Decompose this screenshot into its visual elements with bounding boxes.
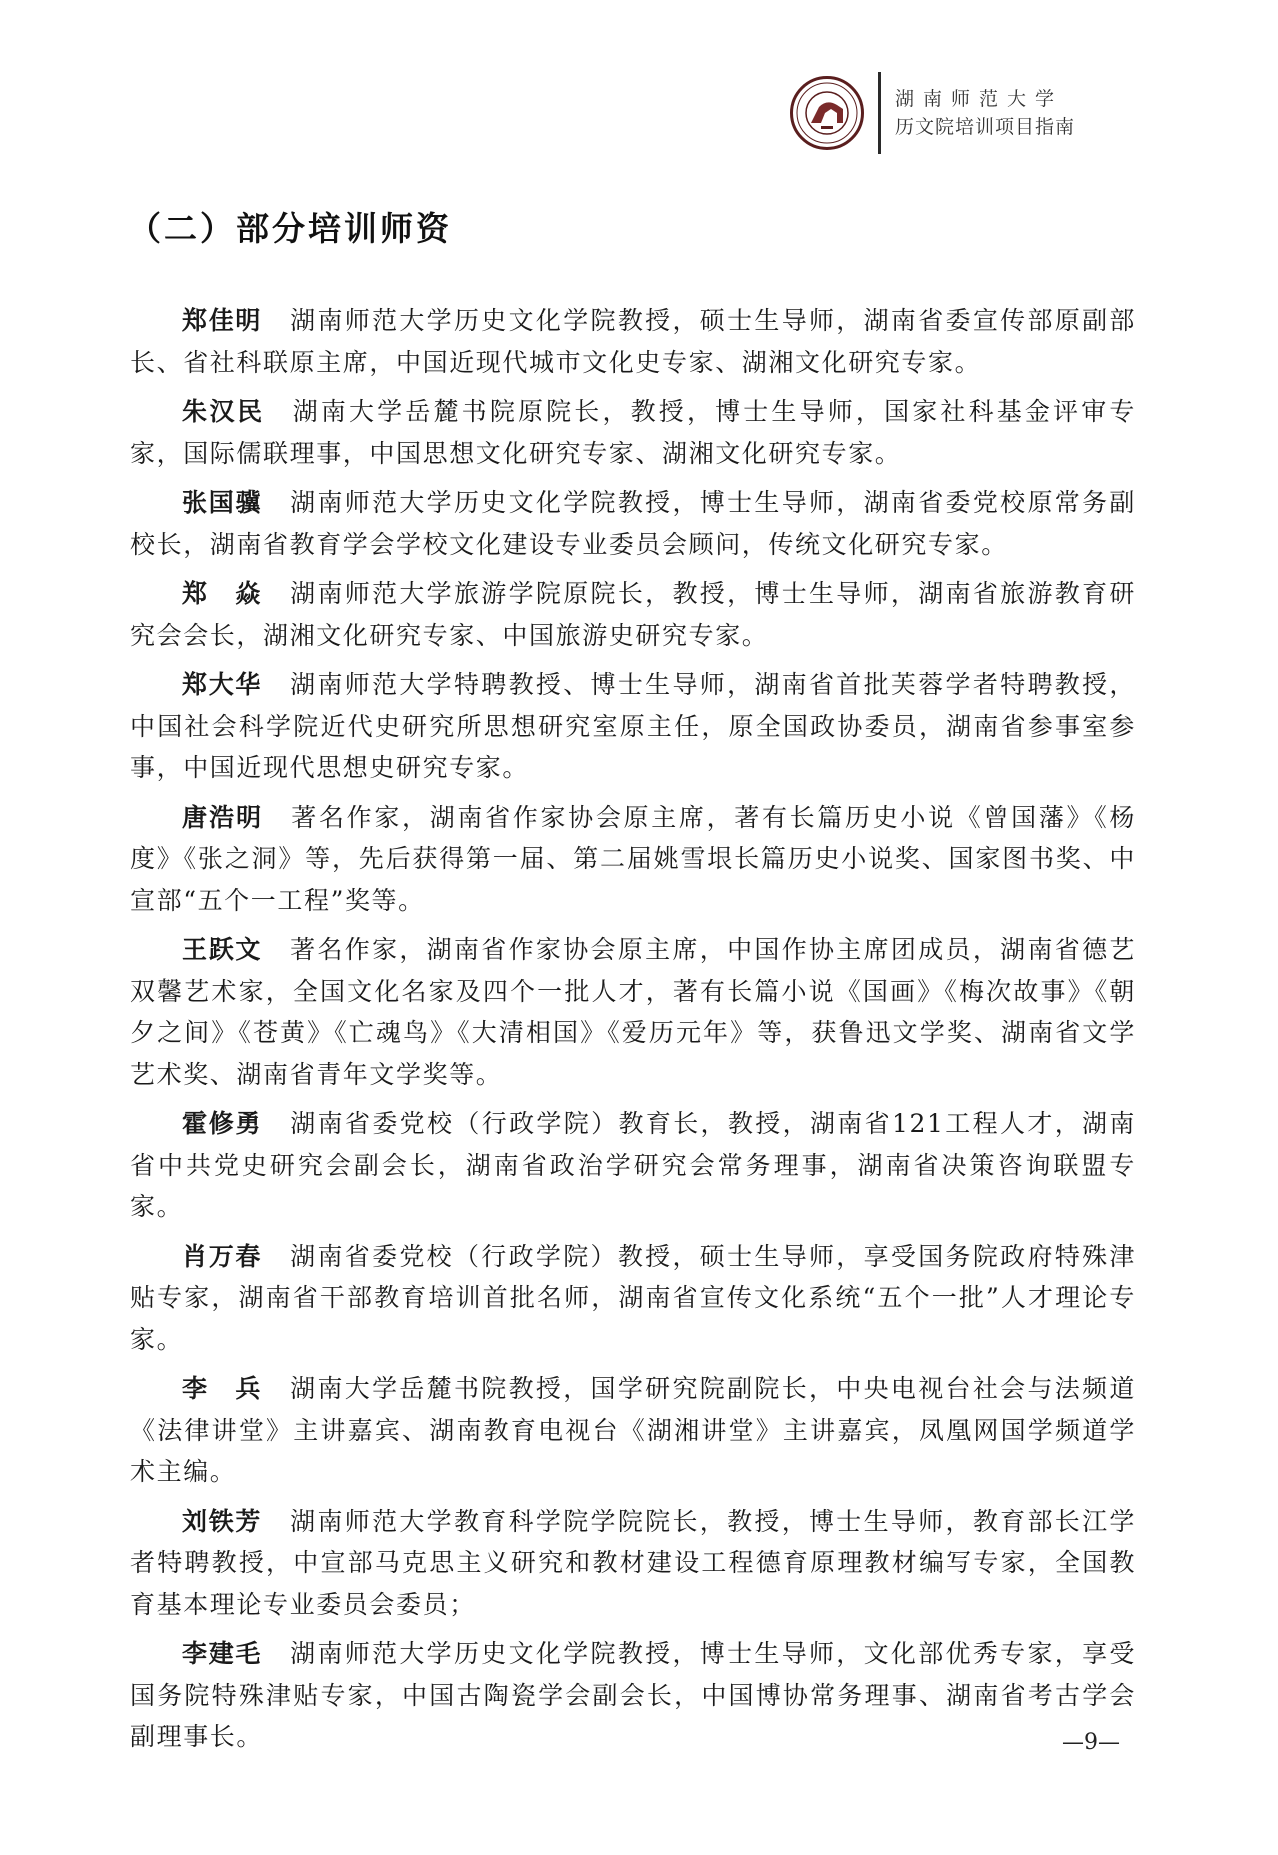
faculty-entry: 刘铁芳湖南师范大学教育科学院学院院长，教授，博士生导师，教育部长江学者特聘教授，… <box>130 1501 1136 1626</box>
page-number: —9— <box>1062 1730 1120 1755</box>
faculty-entry: 李建毛湖南师范大学历史文化学院教授，博士生导师，文化部优秀专家，享受国务院特殊津… <box>130 1633 1136 1758</box>
faculty-entry: 郑 焱湖南师范大学旅游学院原院长，教授，博士生导师，湖南省旅游教育研究会会长，湖… <box>130 573 1136 656</box>
faculty-entry: 唐浩明著名作家，湖南省作家协会原主席，著有长篇历史小说《曾国藩》《杨度》《张之洞… <box>130 797 1136 922</box>
university-name: 湖南师范大学 <box>895 85 1075 113</box>
faculty-description: 湖南师范大学特聘教授、博士生导师，湖南省首批芙蓉学者特聘教授，中国社会科学院近代… <box>130 670 1136 782</box>
faculty-description: 湖南省委党校（行政学院）教授，硕士生导师，享受国务院政府特殊津贴专家，湖南省干部… <box>130 1242 1136 1354</box>
faculty-list: 郑佳明湖南师范大学历史文化学院教授，硕士生导师，湖南省委宣传部原副部长、省社科联… <box>130 300 1136 1766</box>
faculty-name: 刘铁芳 <box>182 1507 262 1536</box>
faculty-entry: 郑大华湖南师范大学特聘教授、博士生导师，湖南省首批芙蓉学者特聘教授，中国社会科学… <box>130 664 1136 789</box>
faculty-name: 李 兵 <box>182 1374 262 1403</box>
faculty-name: 肖万春 <box>182 1242 262 1271</box>
faculty-name: 郑佳明 <box>182 306 262 335</box>
faculty-description: 湖南省委党校（行政学院）教育长，教授，湖南省121工程人才，湖南省中共党史研究会… <box>130 1109 1136 1221</box>
faculty-entry: 霍修勇湖南省委党校（行政学院）教育长，教授，湖南省121工程人才，湖南省中共党史… <box>130 1103 1136 1228</box>
faculty-name: 唐浩明 <box>182 803 263 832</box>
faculty-name: 朱汉民 <box>182 397 265 426</box>
document-header: 湖南师范大学 历文院培训项目指南 <box>790 68 1075 158</box>
header-divider <box>878 72 881 154</box>
faculty-entry: 肖万春湖南省委党校（行政学院）教授，硕士生导师，享受国务院政府特殊津贴专家，湖南… <box>130 1236 1136 1361</box>
faculty-description: 湖南大学岳麓书院教授，国学研究院副院长，中央电视台社会与法频道《法律讲堂》主讲嘉… <box>130 1374 1136 1486</box>
faculty-description: 湖南师范大学历史文化学院教授，硕士生导师，湖南省委宣传部原副部长、省社科联原主席… <box>130 306 1136 377</box>
faculty-entry: 王跃文著名作家，湖南省作家协会原主席，中国作协主席团成员，湖南省德艺双馨艺术家，… <box>130 929 1136 1095</box>
faculty-entry: 李 兵湖南大学岳麓书院教授，国学研究院副院长，中央电视台社会与法频道《法律讲堂》… <box>130 1368 1136 1493</box>
faculty-description: 著名作家，湖南省作家协会原主席，著有长篇历史小说《曾国藩》《杨度》《张之洞》等，… <box>130 803 1136 915</box>
faculty-description: 湖南师范大学历史文化学院教授，博士生导师，湖南省委党校原常务副校长，湖南省教育学… <box>130 488 1136 559</box>
faculty-description: 湖南师范大学历史文化学院教授，博士生导师，文化部优秀专家，享受国务院特殊津贴专家… <box>130 1639 1136 1751</box>
guide-title: 历文院培训项目指南 <box>895 113 1075 141</box>
faculty-name: 王跃文 <box>182 935 262 964</box>
university-seal-icon <box>790 76 864 150</box>
section-title: （二）部分培训师资 <box>128 203 452 250</box>
faculty-description: 湖南大学岳麓书院原院长，教授，博士生导师，国家社科基金评审专家，国际儒联理事，中… <box>130 397 1136 468</box>
faculty-name: 霍修勇 <box>182 1109 262 1138</box>
faculty-name: 张国骥 <box>182 488 262 517</box>
faculty-name: 李建毛 <box>182 1639 262 1668</box>
faculty-name: 郑 焱 <box>182 579 262 608</box>
faculty-entry: 郑佳明湖南师范大学历史文化学院教授，硕士生导师，湖南省委宣传部原副部长、省社科联… <box>130 300 1136 383</box>
faculty-description: 湖南师范大学教育科学院学院院长，教授，博士生导师，教育部长江学者特聘教授，中宣部… <box>130 1507 1136 1619</box>
faculty-description: 湖南师范大学旅游学院原院长，教授，博士生导师，湖南省旅游教育研究会会长，湖湘文化… <box>130 579 1136 650</box>
faculty-name: 郑大华 <box>182 670 262 699</box>
faculty-entry: 朱汉民湖南大学岳麓书院原院长，教授，博士生导师，国家社科基金评审专家，国际儒联理… <box>130 391 1136 474</box>
faculty-entry: 张国骥湖南师范大学历史文化学院教授，博士生导师，湖南省委党校原常务副校长，湖南省… <box>130 482 1136 565</box>
faculty-description: 著名作家，湖南省作家协会原主席，中国作协主席团成员，湖南省德艺双馨艺术家，全国文… <box>130 935 1136 1089</box>
